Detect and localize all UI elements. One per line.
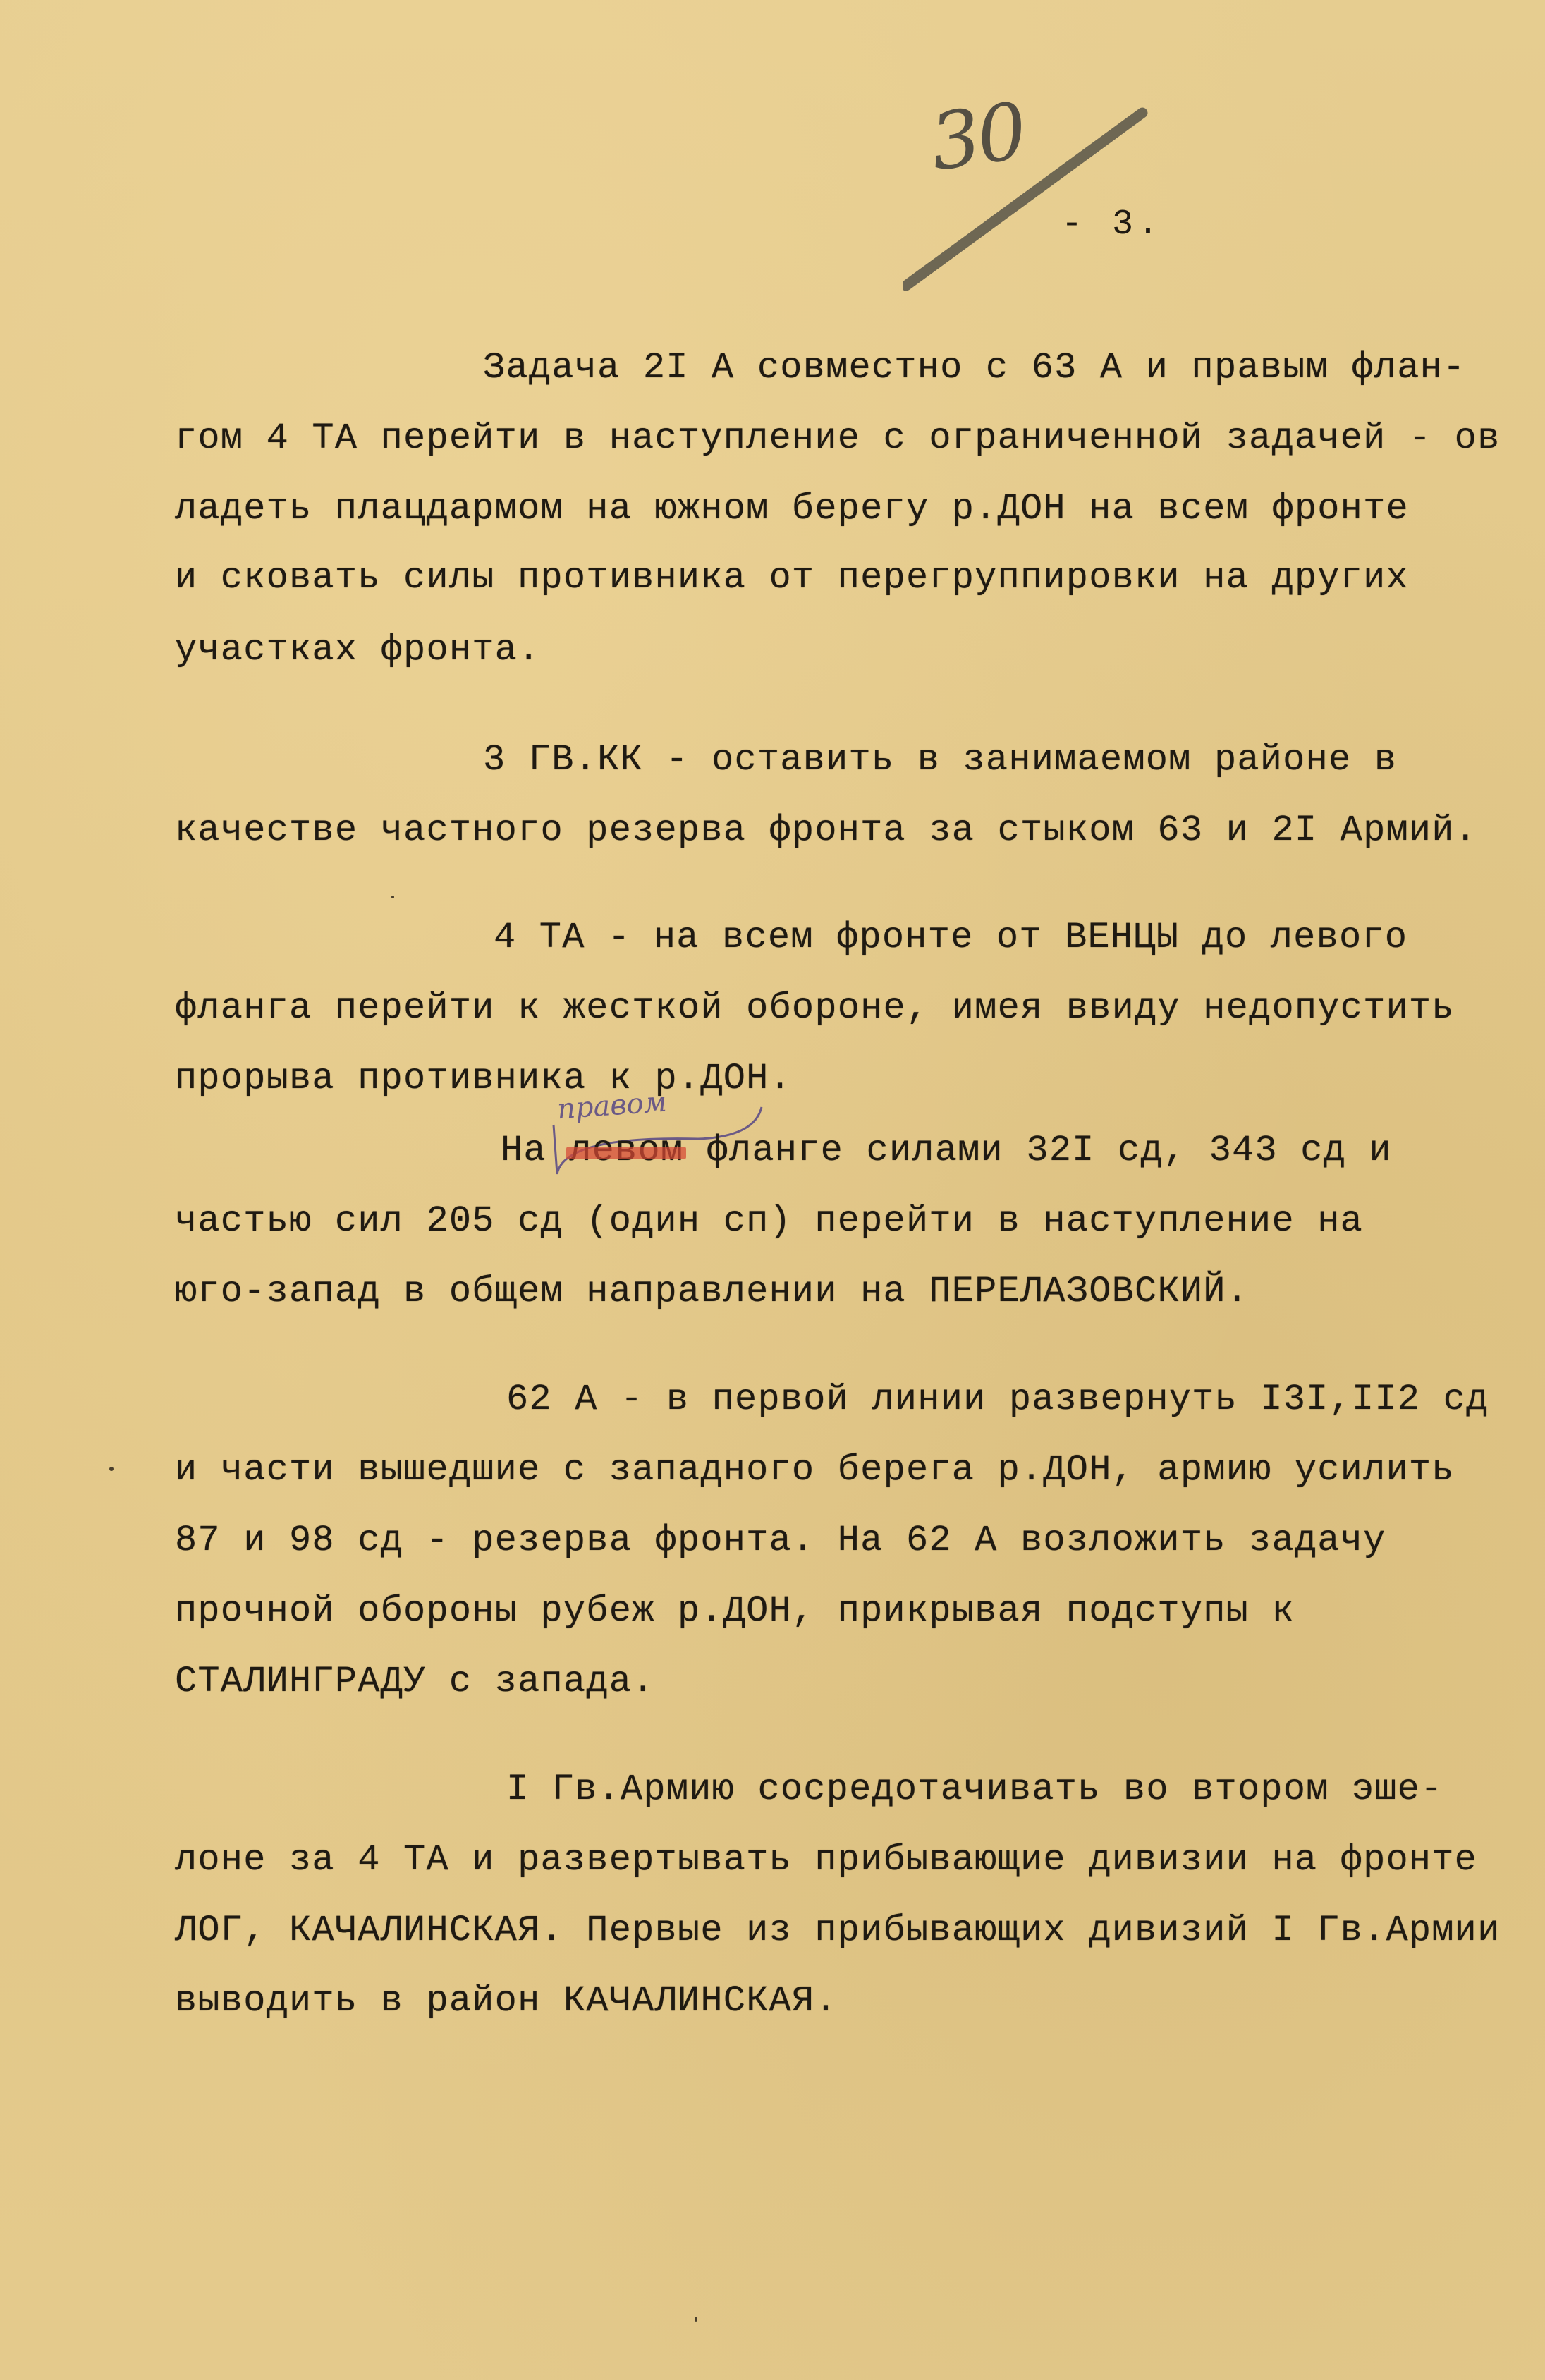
paragraph-62a-line-1: 62 А - в первой линии развернуть I3I,II2…	[506, 1379, 1489, 1421]
paragraph-1gva-line-3: ЛОГ, КАЧАЛИНСКАЯ. Первые из прибывающих …	[175, 1910, 1501, 1952]
paragraph-4ta-line-3: прорыва противника к р.ДОН.	[175, 1058, 792, 1100]
paragraph-62a-line-5: СТАЛИНГРАДУ с запада.	[175, 1661, 655, 1703]
paragraph-1gva-line-2: лоне за 4 ТА и развертывать прибывающие …	[175, 1839, 1477, 1881]
pencil-slash-icon	[903, 85, 1156, 310]
paragraph-21a-line-3: ладеть плацдармом на южном берегу р.ДОН …	[175, 488, 1409, 530]
paper-speck	[391, 896, 394, 898]
paragraph-4ta-line-1: 4 ТА - на всем фронте от ВЕНЦЫ до левого	[494, 917, 1407, 959]
paragraph-21a-line-1: Задача 2I А совместно с 63 А и правым фл…	[483, 347, 1465, 389]
paragraph-1gva-line-4: выводить в район КАЧАЛИНСКАЯ.	[175, 1980, 838, 2022]
paragraph-flank-line-2: частью сил 205 сд (один сп) перейти в на…	[175, 1200, 1363, 1243]
paragraph-flank-line-1: На левом фланге силами 32I сд, 343 сд и	[501, 1130, 1392, 1172]
paragraph-21a-line-2: гом 4 ТА перейти в наступление с огранич…	[175, 417, 1501, 460]
handwritten-correction: правом	[556, 1086, 668, 1126]
struck-word: левом	[569, 1130, 683, 1172]
paragraph-3gvkk-line-1: 3 ГВ.КК - оставить в занимаемом районе в	[483, 739, 1397, 781]
flank-suffix: фланге силами 32I сд, 343 сд и	[707, 1130, 1392, 1171]
paragraph-62a-line-2: и части вышедшие с западного берега р.ДО…	[175, 1449, 1455, 1491]
document-page: 30 - 3. Задача 2I А совместно с 63 А и п…	[0, 0, 1545, 2380]
paragraph-21a-line-4: и сковать силы противника от перегруппир…	[175, 557, 1409, 599]
flank-prefix: На	[501, 1130, 546, 1171]
paragraph-21a-line-5: участках фронта.	[175, 629, 540, 671]
paragraph-62a-line-3: 87 и 98 сд - резерва фронта. На 62 А воз…	[175, 1520, 1386, 1562]
paragraph-4ta-line-2: фланга перейти к жесткой обороне, имея в…	[175, 987, 1455, 1030]
page-number: - 3.	[1061, 205, 1163, 245]
paragraph-62a-line-4: прочной обороны рубеж р.ДОН, прикрывая п…	[175, 1590, 1295, 1633]
paper-speck	[695, 2317, 697, 2322]
folio-annotation: 30	[903, 85, 1156, 310]
paragraph-flank-line-3: юго-запад в общем направлении на ПЕРЕЛАЗ…	[175, 1271, 1249, 1313]
paper-speck	[109, 1467, 114, 1471]
paragraph-3gvkk-line-2: качестве частного резерва фронта за стык…	[175, 810, 1477, 852]
paragraph-1gva-line-1: I Гв.Армию сосредотачивать во втором эше…	[506, 1769, 1443, 1811]
